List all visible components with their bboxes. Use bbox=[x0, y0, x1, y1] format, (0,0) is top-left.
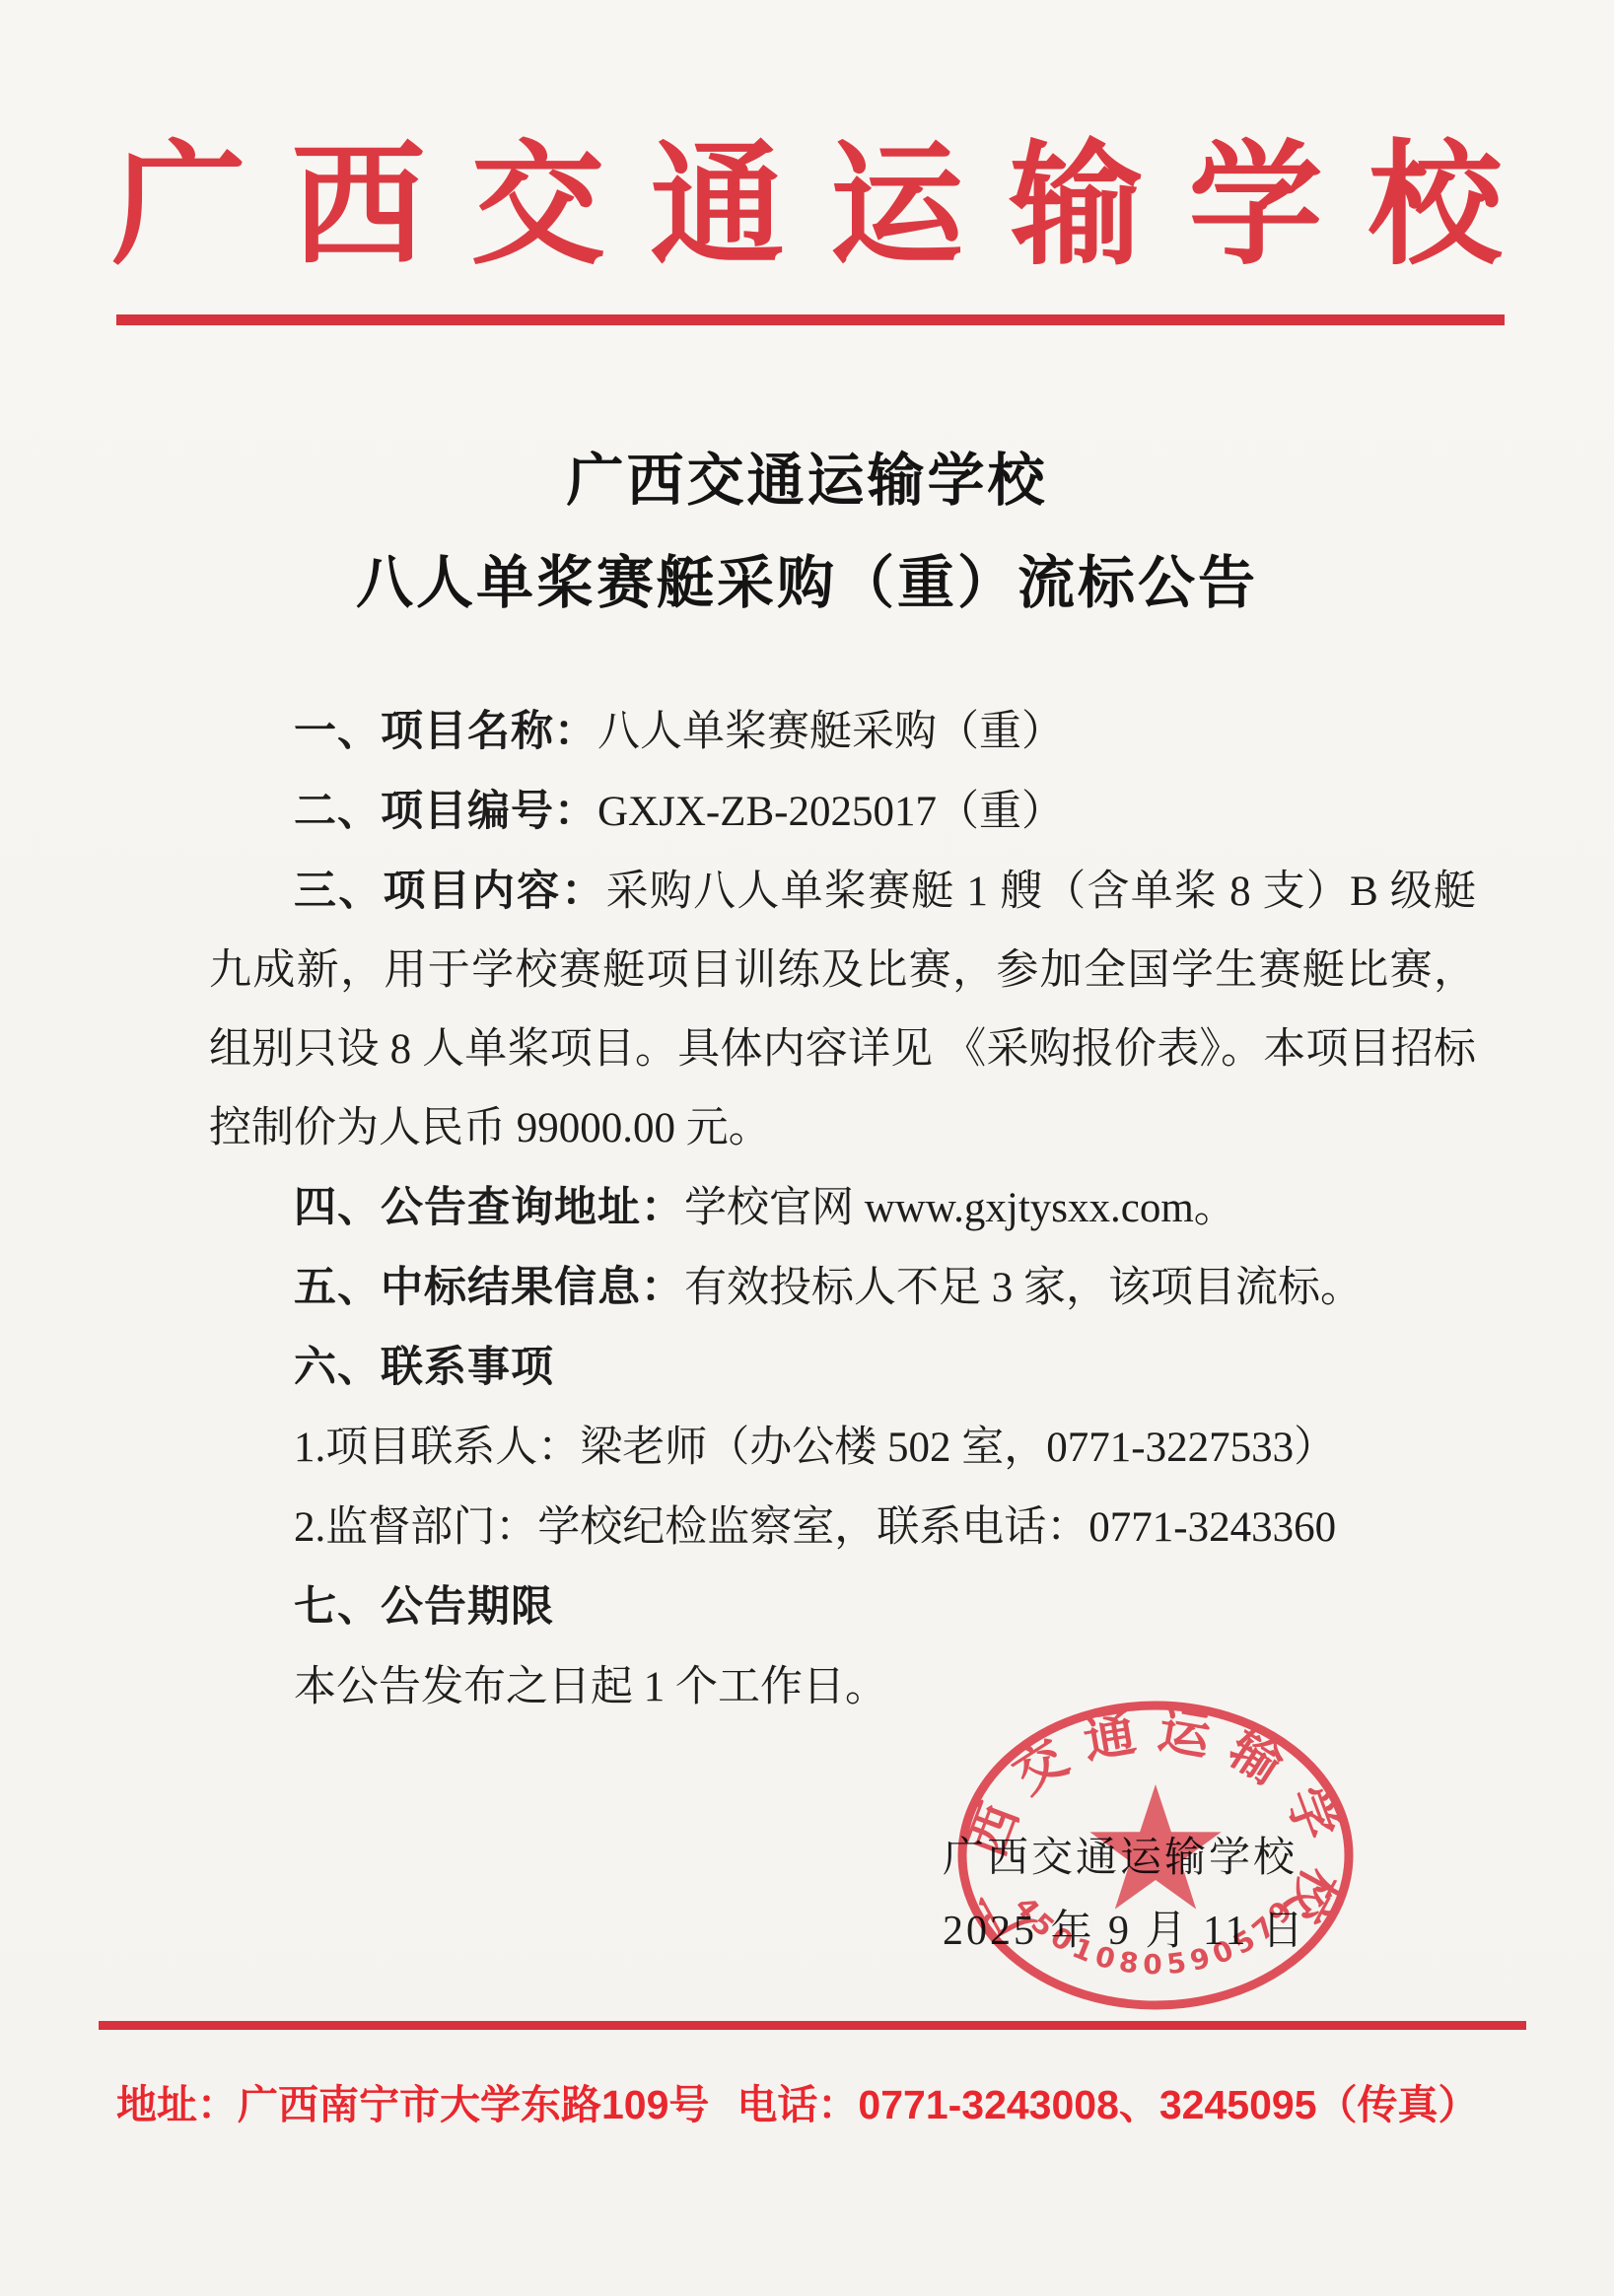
item-label: 四、公告查询地址： bbox=[294, 1184, 684, 1231]
paragraph-announcement-site: 四、公告查询地址：学校官网 www.gxjtysxx.com。 bbox=[209, 1168, 1476, 1248]
notice-body: 一、项目名称：八人单桨赛艇采购（重） 二、项目编号：GXJX-ZB-202501… bbox=[209, 692, 1476, 1727]
item-text: 有效投标人不足 3 家，该项目流标。 bbox=[684, 1265, 1363, 1311]
letterhead-school-name: 广西交通运输学校 bbox=[0, 126, 1614, 288]
seal-code: 4501080590579 bbox=[1009, 1890, 1302, 1981]
item-label: 五、中标结果信息： bbox=[294, 1264, 684, 1311]
item-text: 本公告发布之日起 1 个工作日。 bbox=[294, 1664, 887, 1710]
paragraph-project-content: 三、项目内容：采购八人单桨赛艇 1 艘（含单桨 8 支）B 级艇九成新，用于学校… bbox=[209, 852, 1476, 1168]
item-label: 六、联系事项 bbox=[294, 1344, 554, 1391]
item-text: 1.项目联系人：梁老师（办公楼 502 室，0771-3227533） bbox=[294, 1425, 1336, 1471]
paragraph-project-name: 一、项目名称：八人单桨赛艇采购（重） bbox=[209, 692, 1476, 772]
notice-title: 广西交通运输学校 八人单桨赛艇采购（重）流标公告 bbox=[0, 430, 1614, 635]
item-label: 三、项目内容： bbox=[294, 868, 606, 915]
letterhead-divider bbox=[116, 314, 1505, 325]
notice-title-line1: 广西交通运输学校 bbox=[0, 430, 1614, 532]
footer-contact: 地址：广西南宁市大学东路109号电话：0771-3243008、3245095（… bbox=[116, 2080, 1516, 2129]
footer-divider bbox=[99, 2021, 1526, 2030]
svg-text:4501080590579: 4501080590579 bbox=[1009, 1890, 1302, 1981]
item-text: 学校官网 www.gxjtysxx.com。 bbox=[684, 1185, 1236, 1231]
notice-title-line2: 八人单桨赛艇采购（重）流标公告 bbox=[0, 532, 1614, 635]
document-page: 广西交通运输学校 广西交通运输学校 八人单桨赛艇采购（重）流标公告 一、项目名称… bbox=[0, 0, 1614, 2296]
item-label: 七、公告期限 bbox=[294, 1583, 554, 1631]
official-seal: 广西交通运输学校 4501080590579 bbox=[944, 1693, 1368, 2018]
footer-address: 地址：广西南宁市大学东路109号 bbox=[116, 2082, 709, 2127]
item-label: 二、项目编号： bbox=[294, 788, 597, 835]
paragraph-period-heading: 七、公告期限 bbox=[209, 1567, 1476, 1647]
footer-phone: 电话：0771-3243008、3245095（传真） bbox=[737, 2082, 1478, 2127]
seal-star-icon bbox=[1089, 1784, 1221, 1910]
paragraph-supervision-dept: 2.监督部门：学校纪检监察室，联系电话：0771-3243360 bbox=[209, 1488, 1476, 1567]
paragraph-bid-result: 五、中标结果信息：有效投标人不足 3 家，该项目流标。 bbox=[209, 1248, 1476, 1328]
item-label: 一、项目名称： bbox=[294, 708, 597, 755]
item-text: GXJX-ZB-2025017（重） bbox=[597, 789, 1064, 835]
paragraph-contact-heading: 六、联系事项 bbox=[209, 1328, 1476, 1408]
item-text: 八人单桨赛艇采购（重） bbox=[597, 709, 1064, 755]
paragraph-contact-person: 1.项目联系人：梁老师（办公楼 502 室，0771-3227533） bbox=[209, 1408, 1476, 1488]
paragraph-project-number: 二、项目编号：GXJX-ZB-2025017（重） bbox=[209, 772, 1476, 852]
item-text: 2.监督部门：学校纪检监察室，联系电话：0771-3243360 bbox=[294, 1504, 1336, 1551]
